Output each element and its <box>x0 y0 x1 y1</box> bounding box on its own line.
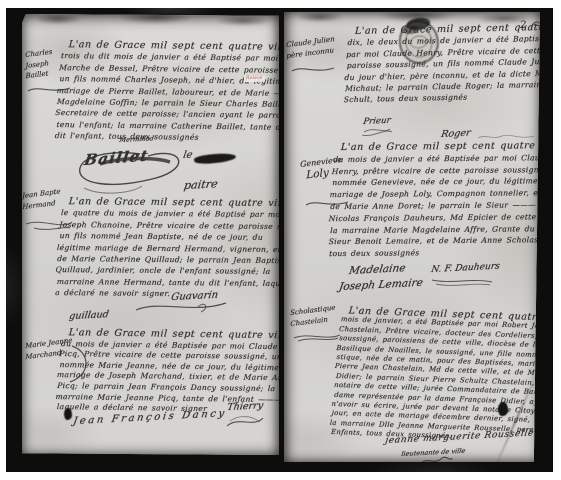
record-baptism-jean-baptiste-hermand: L'an de Grace mil sept cent quatre vingt… <box>54 196 321 301</box>
manuscript-line: stique, née de ce matin, pour des Baptis… <box>336 353 561 374</box>
manuscript-line: Scholastique <box>290 302 335 318</box>
manuscript-line: Charles <box>25 47 52 61</box>
manuscript-line: notaire de cette ville; jurée Commandata… <box>334 381 561 402</box>
manuscript-line: père inconnu <box>286 45 335 62</box>
manuscript-line: Loly <box>300 165 342 181</box>
manuscript-line: Chastelain, Prêtre vicaire, docteur des … <box>339 325 561 346</box>
manuscript-line: la marraine Marie Magdelaine Affre, Gran… <box>330 222 561 236</box>
manuscript-line: légitime mariage de Bernard Hermand, vig… <box>57 242 318 256</box>
manuscript-line: Henry, prêtre vicaire de cette paroisse … <box>331 163 561 177</box>
signature-jean-francois-dancy: Jean François Dancy <box>72 408 227 427</box>
record-baptism-scholastique-chastelain: L'an de Grace mil sept cent quatre vingt… <box>329 306 561 449</box>
signature-jeanne-marguerite-rousselle: jeanne marguerite Rousselle <box>384 428 534 446</box>
ink-smear <box>194 152 237 165</box>
manuscript-line: paroisse soussigné, un fils nommé Claude… <box>347 55 561 72</box>
manuscript-line: du mois de janvier a été Baptisée par mo… <box>333 151 561 165</box>
ink-stamp <box>392 13 445 73</box>
signature-roger: Roger <box>440 127 471 140</box>
signature-dauheurs: N. F. Dauheurs <box>430 261 500 275</box>
manuscript-line: Genevieve <box>300 155 342 171</box>
manuscript-line: le quatre du mois de janvier a été Bapti… <box>61 207 320 221</box>
manuscript-line: Joseph Chanoine, Prêtre vicaire de cette… <box>59 219 319 233</box>
signature-flourish <box>360 126 394 138</box>
signature-guavarin: Guavarin <box>170 290 219 303</box>
manuscript-line: Basilique de Noailles, le soussigné, une… <box>336 344 561 365</box>
page-edge-shadow <box>22 14 279 30</box>
manuscript-line: Jean Bapte <box>22 186 61 201</box>
manuscript-line: dix, le deux du mois de janvier a été Ba… <box>347 32 561 49</box>
manuscript-line: Marie Jeanne <box>25 335 72 351</box>
manuscript-line: nommée Genevieve, née de ce jour, du lég… <box>332 175 561 189</box>
right-page: 2 Claude Julienpère inconnu L'an de Grac… <box>284 12 540 462</box>
margin-note-charles-baillet: CharlesJosephBaillet <box>25 47 53 82</box>
signature-swash <box>430 276 494 288</box>
manuscript-line: Chastelain <box>290 313 335 329</box>
manuscript-line: L'an de Grace mil sept cent quatre vingt… <box>59 196 320 210</box>
margin-underline-flourish <box>26 84 72 94</box>
manuscript-line: a déclaré ne savoir signer. <box>55 287 315 301</box>
signature-prieur: Prieur <box>362 116 391 127</box>
margin-note-marie-jeanne-marchand: Marie JeanneMarchand <box>25 335 73 362</box>
manuscript-line: Nicolas François Dauheurs, Md Epicier de… <box>328 210 561 224</box>
signature-joseph-lemaire: Joseph Lemaire <box>338 277 424 293</box>
archive-sticker: Relevé <box>244 76 265 82</box>
manuscript-line: Hermand <box>22 197 61 212</box>
margin-underline-flourish <box>304 198 350 208</box>
manuscript-line: la marraine Dlle Jeanne Marguerite Rouss… <box>329 419 561 440</box>
margin-note-genevieve-loly: GenevieveLoly <box>300 155 342 181</box>
signature-lieutenante: lieutenante de ville <box>401 447 466 458</box>
manuscript-line: tous deux soussignés <box>329 246 561 260</box>
page-crease <box>496 372 539 464</box>
record-baptism-claude-julien: L'an de Grace mil sept cent quatre vingt… <box>343 20 561 106</box>
manuscript-line: jour, en acte de mariage décembre dernie… <box>331 409 561 430</box>
manuscript-line: Michaut; le parrain Claude Roger; la mar… <box>345 77 561 94</box>
manuscript-line: un fils nommé Jean Baptiste, né de ce jo… <box>59 230 318 244</box>
margin-note-scholastique-chastelain: ScholastiqueChastelain <box>290 302 336 329</box>
manuscript-line: Didier; le parrain Sieur Pierre Schultz … <box>335 372 561 393</box>
manuscript-line: soussigné, paroissiens de cette ville, d… <box>339 334 561 355</box>
page-number: 2 <box>520 20 526 31</box>
margin-underline-flourish <box>290 64 336 74</box>
scan-background: CharlesJosephBaillet L'an de Grace mil s… <box>6 8 553 472</box>
page-edge-shadow <box>284 12 540 28</box>
margin-flourish <box>24 216 74 232</box>
manuscript-line: de Marie Anne Doret; le parrain le Sieur… <box>330 198 561 212</box>
signature-flourish-baillet <box>70 142 195 200</box>
manuscript-line: Claude Julien <box>286 34 335 51</box>
signature-flourish <box>224 412 268 430</box>
manuscript-line: Quillaud, jardinier, oncle de l'enfant s… <box>55 264 316 278</box>
signature-le-paitre-word: le <box>182 150 193 161</box>
signature-paitre: paitre <box>183 177 219 192</box>
ink-blot <box>64 408 72 420</box>
manuscript-line: de Marie Catherine Quillaud; le parrain … <box>57 253 317 267</box>
manuscript-line: Baillet <box>25 68 52 82</box>
left-page: CharlesJosephBaillet L'an de Grace mil s… <box>22 14 279 455</box>
margin-underline-flourish <box>292 330 342 342</box>
manuscript-line: L'an de Grace mil sept cent quatre vingt… <box>331 139 561 153</box>
manuscript-line: L'an de Grace mil sept cent quatre vingt… <box>346 20 561 37</box>
signature-thierry: Thierry <box>226 400 264 413</box>
interline-faint-script <box>476 132 536 142</box>
manuscript-line: Sieur Benoit Lemaire, et de Marie Anne S… <box>328 234 561 248</box>
manuscript-line: mois de janvier, a été Baptisée par moi … <box>340 315 561 336</box>
signature-mermillod: Mermillod <box>119 134 155 144</box>
signature-guillaud: guillaud <box>68 309 109 322</box>
manuscript-line: du jour d'hier, père inconnu, et de la d… <box>344 66 561 83</box>
manuscript-line: marraine Anne Hermand, tante du dit l'en… <box>56 276 315 290</box>
manuscript-line: L'an de Grace mil sept cent quatre vingt… <box>339 306 561 327</box>
margin-bracket-flourish <box>68 344 94 384</box>
ink-blot <box>498 402 508 416</box>
scanned-register-image: { "colors": { "background": "#ffffff", "… <box>0 0 561 480</box>
signature-swash <box>134 298 229 314</box>
signature-paraphe <box>418 454 454 468</box>
record-baptism-genevieve-loly: L'an de Grace mil sept cent quatre vingt… <box>327 139 561 260</box>
signature-madelaine: Madelaine <box>348 262 406 277</box>
ink-stamp-rings <box>392 13 445 69</box>
margin-note-claude-julien: Claude Julienpère inconnu <box>286 34 335 61</box>
signature-baillet: Baillet <box>83 147 150 169</box>
manuscript-line: Pierre Jean Chastelain, Md de cette vill… <box>334 362 561 383</box>
manuscript-line: Marchand <box>25 346 72 362</box>
manuscript-line: dame représentée par la dame Françoise D… <box>334 391 561 412</box>
manuscript-line: Joseph <box>25 57 52 71</box>
manuscript-line: Schult, tous deux soussignés <box>343 89 561 106</box>
manuscript-line: n'avoir su écrire, jurée par devant la n… <box>331 400 561 421</box>
manuscript-line: par moi Claude Henry, Prêtre vicaire de … <box>346 43 561 60</box>
margin-note-jean-bapte-hermand: Jean BapteHermand <box>22 186 61 212</box>
page-number-flourish <box>529 18 543 32</box>
manuscript-line: mariage de Joseph Loly, Compagnon tonnel… <box>329 187 561 201</box>
manuscript-line: Enfants, tous deux soussignés. <box>331 428 561 449</box>
